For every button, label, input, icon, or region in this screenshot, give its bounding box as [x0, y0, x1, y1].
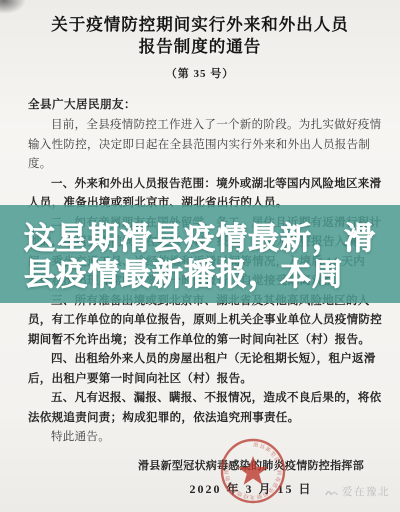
- title-line: 报告制度的通告: [0, 36, 400, 58]
- headline-overlay-banner: 这星期滑县疫情最新，滑 县疫情最新播报，本周: [0, 205, 400, 303]
- official-seal-icon: 滑县新型冠状病毒感染的肺炎疫情防控指挥部: [219, 437, 287, 505]
- screenshot-root: 关于疫情防控期间实行外来和外出人员 报告制度的通告 （第 35 号） 全县广大居…: [0, 0, 400, 512]
- body-line: 期间暂不允许出境；没有工作单位的第一时间向社区（村）报告。: [28, 331, 372, 351]
- body-line: 四、出租给外来人员的房屋出租户（无论租期长短），租户返滑: [28, 350, 372, 370]
- body-line: 五、凡有迟报、漏报、瞒报、不报情况，造成不良后果的，将依: [28, 389, 372, 409]
- seal-star-icon: [238, 456, 268, 485]
- salutation: 全县广大居民朋友：: [28, 96, 400, 112]
- body-line: 法依规追责问责；构成犯罪的，依法追究刑事责任。: [28, 409, 372, 429]
- headline-line: 这星期滑县疫情最新，滑: [24, 221, 376, 257]
- headline-text: 这星期滑县疫情最新，滑 县疫情最新播报，本周: [24, 221, 376, 293]
- document-title: 关于疫情防控期间实行外来和外出人员 报告制度的通告: [0, 14, 400, 58]
- body-line: 输入性防控，决定即日起在全县范围内实行外来和外出人员报告制: [28, 136, 372, 156]
- body-line: 后，出租户要第一时间向社区（村）报告。: [28, 370, 372, 390]
- body-line: 员，有工作单位的向单位报告，原则上机关企事业单位人员疫情防控: [28, 311, 372, 331]
- watermark: 爱在豫北: [325, 484, 390, 499]
- body-line: 目前，全县疫情防控工作进入了一个新的阶段。为扎实做好疫情: [28, 116, 372, 136]
- body-line: 度。: [28, 155, 372, 175]
- headline-line: 县疫情最新播报，本周: [24, 257, 376, 293]
- body-line: 一、外来和外出人员报告范围：境外或湖北等国内风险地区来滑: [28, 175, 372, 195]
- title-line: 关于疫情防控期间实行外来和外出人员: [0, 14, 400, 36]
- scan-artifact: [0, 0, 26, 14]
- document-number: （第 35 号）: [0, 65, 400, 81]
- watermark-logo-icon: [325, 486, 339, 497]
- body-line: 特此通告。: [28, 428, 372, 448]
- watermark-text: 爱在豫北: [342, 484, 390, 499]
